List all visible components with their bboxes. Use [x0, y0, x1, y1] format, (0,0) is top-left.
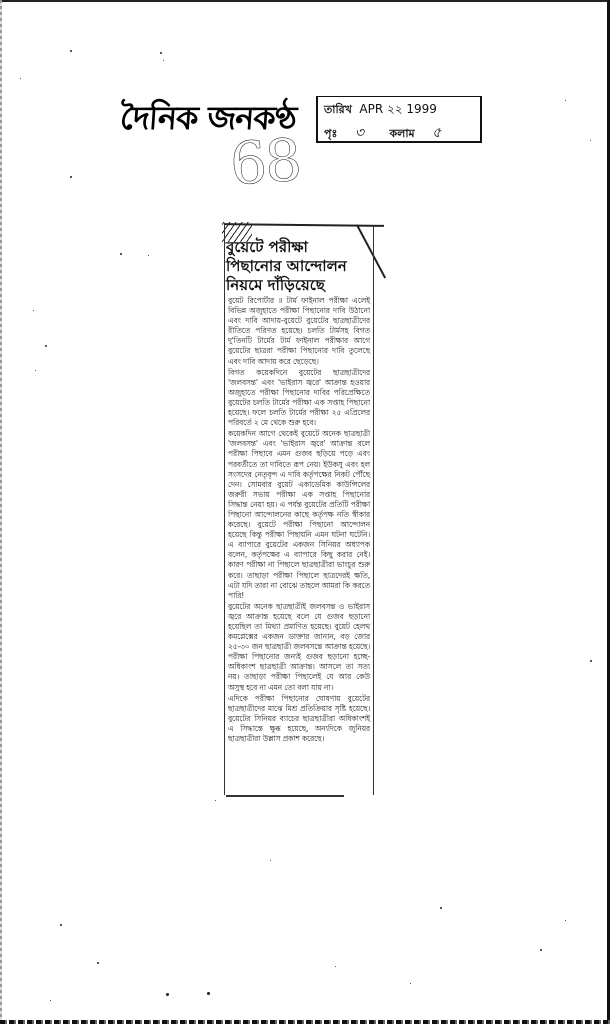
clipping-bottom-edge: [226, 795, 344, 797]
scan-edge-left: [0, 0, 2, 1024]
article-paragraph: কয়েকদিন আগে থেকেই বুয়েটে অনেক ছাত্রছাত…: [228, 429, 370, 601]
column-value: ৫: [432, 125, 441, 141]
page-label: পৃঃ: [324, 127, 337, 140]
column-label: কলাম: [389, 127, 414, 140]
handwritten-number: 68: [228, 126, 302, 199]
article-paragraph: বুয়েটের অনেক ছাত্রছাত্রীই জলবসন্ত ও ভাই…: [228, 602, 370, 693]
article-body: বুয়েট রিপোর্টার ॥ টার্ম ফাইনাল পরীক্ষা …: [228, 296, 370, 745]
date-stamp-box: তারিখ APR ২২ 1999 পৃঃ ৩ কলাম ৫: [316, 96, 482, 143]
scan-edge-top: [0, 0, 610, 2]
date-label: তারিখ: [324, 103, 352, 116]
article-headline: বুয়েটে পরীক্ষা পিছানোর আন্দোলন নিয়মে দ…: [226, 238, 366, 295]
date-stamp-page-row: পৃঃ ৩ কলাম ৫: [324, 121, 441, 145]
date-value: APR ২২ 1999: [359, 102, 437, 116]
article-paragraph: বিগত কয়েকদিনে বুয়েটের ছাত্রছাত্রীদের '…: [228, 368, 370, 429]
article-paragraph: এদিকে পরীক্ষা পিছানোর ঘোষণায় বুয়েটের ছ…: [228, 694, 370, 744]
article-paragraph: বুয়েট রিপোর্টার ॥ টার্ম ফাইনাল পরীক্ষা …: [228, 296, 370, 367]
page-value: ৩: [355, 125, 364, 141]
scan-edge-bottom: [0, 1020, 610, 1024]
date-stamp-date-row: তারিখ APR ২২ 1999: [324, 101, 437, 121]
